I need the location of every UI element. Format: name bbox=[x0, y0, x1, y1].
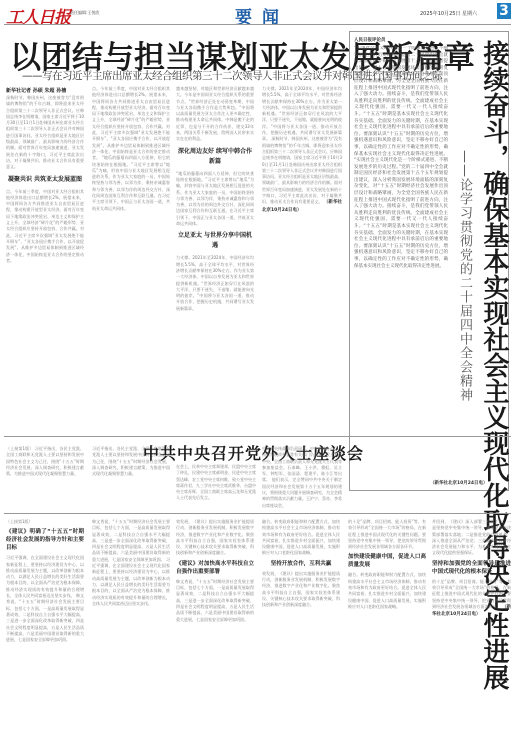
bottom-subtitle-4: 坚持和加强党的全面领导是推进中国式现代化的根本保证 bbox=[432, 560, 511, 576]
middle-column-3: 在会上，民革中央主席郑建邦、民盟中央主席丁仲礼、民建中央主席郝明金、民进中央主席… bbox=[176, 464, 256, 510]
commentary-label: 人民日报评论员 bbox=[354, 37, 386, 43]
middle-column-1: （上接第1版） 习近平指出，各民主党派、全国工商联和无党派人士要以坚持和发展中国… bbox=[6, 446, 84, 510]
lead-column-1: 深秋时节，韩国庆州，这座被誉为“没有围墙的博物馆”的千年古城，即将迎来亚太经合组… bbox=[6, 95, 84, 433]
bottom-column-4: 融合。转变政府职能和财力配置方式，加快构建高水平社会主义市场经济体制，推动有效市… bbox=[262, 519, 340, 745]
issue-date: 2025年10月25日 星期六 bbox=[420, 10, 477, 17]
commentary-body: “实现社会主义现代化是一个阶梯式递进、不断发展进步的历史过程。”党的二十届四中全… bbox=[354, 46, 448, 470]
lead-byline: 新华社记者 孙硕 朱超 孙楠 bbox=[6, 87, 66, 94]
section-divider-1 bbox=[4, 436, 511, 437]
lead-column-3: 越来越坚韧，对地区和世界经济贡献越来越大。今年是中国同亚太经合组织关系的重要节点… bbox=[176, 86, 254, 433]
middle-column-4: 中共中央统战部负责同志，中共中央办公厅、国家发展改革委等有关部门负责人，民主党派… bbox=[262, 446, 342, 510]
commentary-subtitle: ——论学习贯彻党的二十届四中全会精神 bbox=[455, 150, 474, 402]
header-divider bbox=[4, 24, 511, 25]
lead-subtitle-3: 立足亚太 与世界分享中国机遇 bbox=[176, 231, 254, 251]
bottom-subtitle-3: 加快建设健康中国，促进人口高质量发展 bbox=[348, 553, 426, 569]
lead-subtitle-2: 深化周边友好 续写中韩合作新篇 bbox=[176, 147, 254, 167]
page-number-badge: 3 bbox=[497, 3, 511, 19]
section-divider-2 bbox=[4, 513, 511, 514]
lead-subtitle-1: 凝聚共识 共筑亚太发展蓝图 bbox=[6, 175, 84, 185]
editor-note: 责任编辑:王悦欣 bbox=[70, 10, 99, 16]
bottom-column-5: 的十足“品牌、项目招商、能人投资”等，有效引导形成“全国统一大市场”的格局，在新… bbox=[348, 519, 426, 745]
bottom-subtitle-1: 《建议》对加快高水平科技自立自强作出重要部署 bbox=[176, 560, 254, 576]
commentary-source: （新华社北京10月24日电） bbox=[430, 480, 488, 486]
bottom-column-2: 韩文秀说，“十五五”时期经济社会发展主要目标，包括七个方面，一是高质量发展取得显… bbox=[92, 519, 170, 745]
bottom-subtitle-2: 坚持开放合作，互利共赢 bbox=[262, 560, 340, 568]
lead-column-2: 点。今年前三季度，中国对亚太经合组织其他经济体进出口总额增长2%。展望未来，中国… bbox=[92, 86, 170, 433]
bottom-headline[interactable]: 《建议》明确了“十五五”时期经济社会发展的指导方针和主要目标 bbox=[6, 528, 84, 552]
bottom-column-1: （上接第1版） 《建议》明确了“十五五”时期经济社会发展的指导方针和主要目标 习… bbox=[6, 519, 84, 745]
lead-column-4: 力支撑。2021年至2024年，中国经济年均增长5.5%，高于全球平均水平，对世… bbox=[262, 86, 342, 426]
bottom-column-3: 效发展，《建议》提出实施服务业扩能提质行动，创新服务业发展机制，积极发展数字经济… bbox=[176, 519, 254, 745]
bottom-column-6: 并回到，《建议》深入部署三方面工作。一是坚持党中央集中统一领导，确保党中央决策部… bbox=[432, 519, 511, 745]
